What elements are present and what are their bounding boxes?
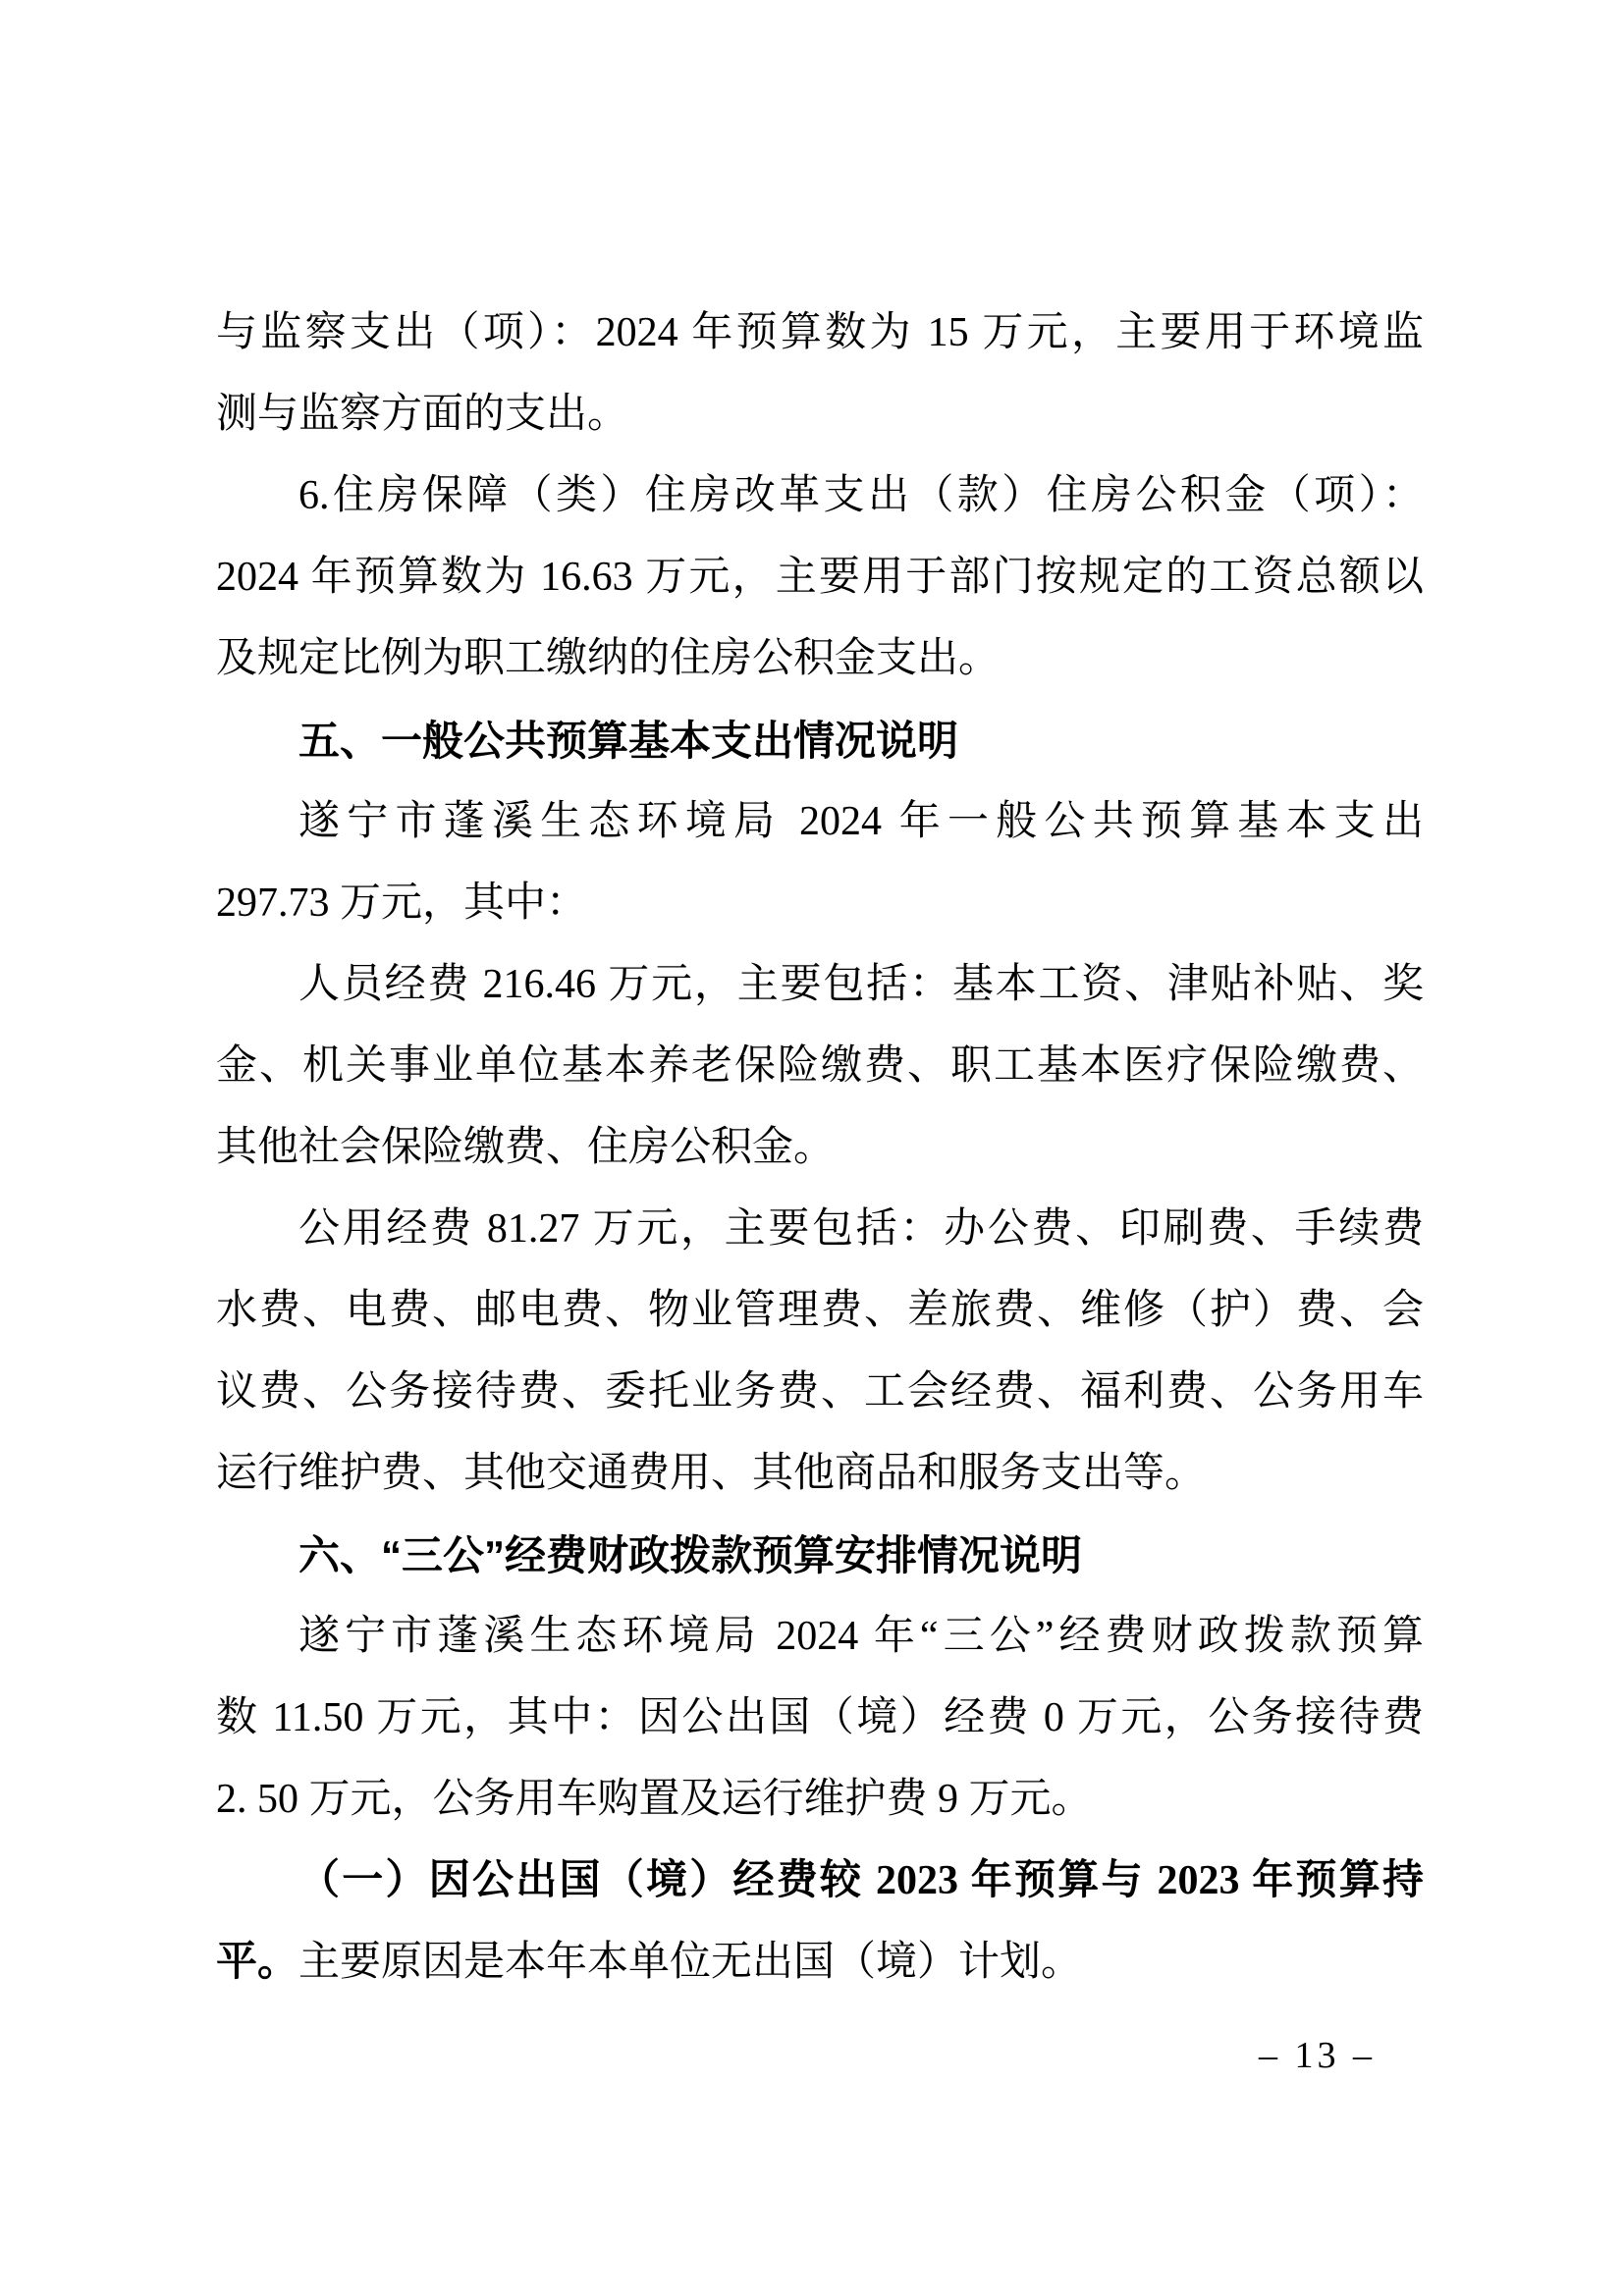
body-line: 运行维护费、其他交通费用、其他商品和服务支出等。 <box>216 1433 1424 1515</box>
body-line: 其他社会保险缴费、住房公积金。 <box>216 1107 1424 1189</box>
body-line: 水费、电费、邮电费、物业管理费、差旅费、维修（护）费、会 <box>216 1270 1424 1352</box>
body-line: 及规定比例为职工缴纳的住房公积金支出。 <box>216 618 1424 700</box>
body-text: 主要原因是本年本单位无出国（境）计划。 <box>298 1940 1082 1985</box>
subsection-one-heading: （一）因公出国（境）经费较 2023 年预算与 2023 年预算持 <box>216 1841 1424 1922</box>
body-line: 6.住房保障（类）住房改革支出（款）住房公积金（项）： <box>216 455 1424 537</box>
body-line: 数 11.50 万元，其中：因公出国（境）经费 0 万元，公务接待费 <box>216 1678 1424 1759</box>
body-line: 公用经费 81.27 万元，主要包括：办公费、印刷费、手续费 <box>216 1189 1424 1270</box>
body-line: 297.73 万元，其中： <box>216 863 1424 944</box>
body-line: 人员经费 216.46 万元，主要包括：基本工资、津贴补贴、奖 <box>216 944 1424 1026</box>
body-line: 测与监察方面的支出。 <box>216 374 1424 455</box>
body-line: 遂宁市蓬溪生态环境局 2024 年一般公共预算基本支出 <box>216 781 1424 863</box>
page-number: – 13 – <box>1259 2034 1376 2077</box>
body-line: 与监察支出（项）：2024 年预算数为 15 万元，主要用于环境监 <box>216 293 1424 374</box>
section-six-heading: 六、“三公”经费财政拨款预算安排情况说明 <box>216 1515 1424 1596</box>
body-line: 2. 50 万元，公务用车购置及运行维护费 9 万元。 <box>216 1759 1424 1841</box>
document-page: 与监察支出（项）：2024 年预算数为 15 万元，主要用于环境监 测与监察方面… <box>0 0 1624 2296</box>
section-five-heading: 五、一般公共预算基本支出情况说明 <box>216 700 1424 781</box>
subsection-one-heading-continuation: 平。 <box>216 1940 298 1985</box>
body-line: 遂宁市蓬溪生态环境局 2024 年“三公”经费财政拨款预算 <box>216 1596 1424 1678</box>
body-line: 平。主要原因是本年本单位无出国（境）计划。 <box>216 1922 1424 2003</box>
body-line: 2024 年预算数为 16.63 万元，主要用于部门按规定的工资总额以 <box>216 537 1424 618</box>
body-line: 议费、公务接待费、委托业务费、工会经费、福利费、公务用车 <box>216 1352 1424 1433</box>
body-line: 金、机关事业单位基本养老保险缴费、职工基本医疗保险缴费、 <box>216 1026 1424 1107</box>
document-body: 与监察支出（项）：2024 年预算数为 15 万元，主要用于环境监 测与监察方面… <box>216 293 1424 2003</box>
